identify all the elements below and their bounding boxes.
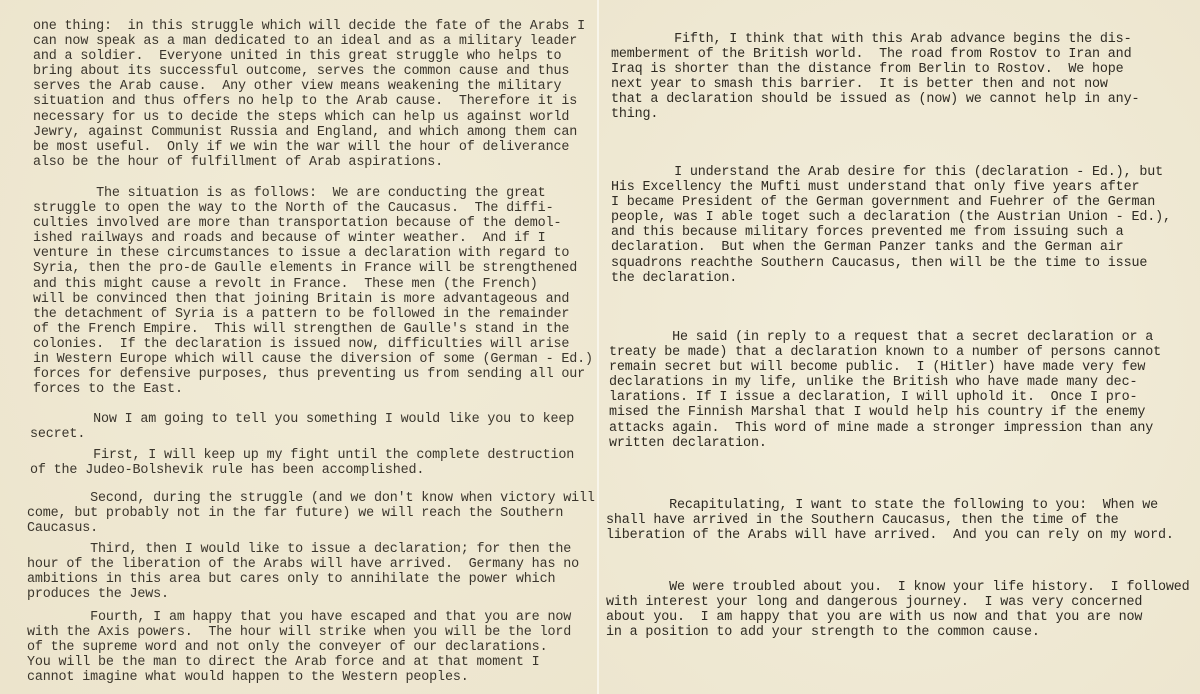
text-line: struggle to open the way to the North of… bbox=[33, 201, 593, 216]
text-line: cannot imagine what would happen to the … bbox=[27, 670, 571, 685]
text-line: also be the hour of fulfillment of Arab … bbox=[33, 155, 585, 170]
text-line: Iraq is shorter than the distance from B… bbox=[611, 62, 1139, 77]
paragraph-secret-declaration: He said (in reply to a request that a se… bbox=[609, 330, 1161, 451]
text-line: culties involved are more than transport… bbox=[33, 216, 593, 231]
text-line: liberation of the Arabs will have arrive… bbox=[606, 528, 1174, 543]
text-line: colonies. If the declaration is issued n… bbox=[33, 337, 593, 352]
right-page: Fifth, I think that with this Arab advan… bbox=[599, 0, 1200, 694]
text-line: with interest your long and dangerous jo… bbox=[606, 595, 1190, 610]
text-line: in Western Europe which will cause the d… bbox=[33, 352, 593, 367]
paragraph-third: Third, then I would like to issue a decl… bbox=[27, 542, 579, 602]
text-line: Second, during the struggle (and we don'… bbox=[27, 491, 595, 506]
paragraph-second: Second, during the struggle (and we don'… bbox=[27, 491, 595, 536]
text-line: He said (in reply to a request that a se… bbox=[609, 330, 1161, 345]
text-line: and this because military forces prevent… bbox=[611, 225, 1171, 240]
text-line: Fourth, I am happy that you have escaped… bbox=[27, 610, 571, 625]
text-line: about you. I am happy that you are with … bbox=[606, 610, 1190, 625]
text-line: come, but probably not in the far future… bbox=[27, 506, 595, 521]
text-line: We were troubled about you. I know your … bbox=[606, 580, 1190, 595]
text-line: will be convinced then that joining Brit… bbox=[33, 292, 593, 307]
text-line: necessary for us to decide the steps whi… bbox=[33, 110, 585, 125]
text-line: Syria, then the pro-de Gaulle elements i… bbox=[33, 261, 593, 276]
text-line: His Excellency the Mufti must understand… bbox=[611, 180, 1171, 195]
paragraph-secret: Now I am going to tell you something I w… bbox=[30, 412, 574, 442]
text-line: forces for defensive purposes, thus prev… bbox=[33, 367, 593, 382]
text-line: people, was I able toget such a declarat… bbox=[611, 210, 1171, 225]
text-line: be most useful. Only if we win the war w… bbox=[33, 140, 585, 155]
left-page: one thing: in this struggle which will d… bbox=[0, 0, 597, 694]
text-line: secret. bbox=[30, 427, 574, 442]
text-line: declarations in my life, unlike the Brit… bbox=[609, 375, 1161, 390]
paragraph-arab-struggle: one thing: in this struggle which will d… bbox=[33, 19, 585, 170]
text-line: ished railways and roads and because of … bbox=[33, 231, 593, 246]
text-line: Third, then I would like to issue a decl… bbox=[27, 542, 579, 557]
text-line: Caucasus. bbox=[27, 521, 595, 536]
text-line: larations. If I issue a declaration, I w… bbox=[609, 390, 1161, 405]
text-line: in a position to add your strength to th… bbox=[606, 625, 1190, 640]
paragraph-fourth: Fourth, I am happy that you have escaped… bbox=[27, 610, 571, 685]
text-line: treaty be made) that a declaration known… bbox=[609, 345, 1161, 360]
text-line: attacks again. This word of mine made a … bbox=[609, 421, 1161, 436]
text-line: mised the Finnish Marshal that I would h… bbox=[609, 405, 1161, 420]
text-line: and a soldier. Everyone united in this g… bbox=[33, 49, 585, 64]
paragraph-situation: The situation is as follows: We are cond… bbox=[33, 186, 593, 397]
paragraph-troubled: We were troubled about you. I know your … bbox=[606, 580, 1190, 640]
text-line: produces the Jews. bbox=[27, 587, 579, 602]
text-line: Now I am going to tell you something I w… bbox=[30, 412, 574, 427]
text-line: forces to the East. bbox=[33, 382, 593, 397]
text-line: The situation is as follows: We are cond… bbox=[33, 186, 593, 201]
text-line: of the supreme word and not only the con… bbox=[27, 640, 571, 655]
text-line: hour of the liberation of the Arabs will… bbox=[27, 557, 579, 572]
text-line: of the French Empire. This will strength… bbox=[33, 322, 593, 337]
paragraph-fifth: Fifth, I think that with this Arab advan… bbox=[611, 32, 1139, 123]
text-line: and this might cause a revolt in France.… bbox=[33, 277, 593, 292]
text-line: one thing: in this struggle which will d… bbox=[33, 19, 585, 34]
text-line: of the Judeo-Bolshevik rule has been acc… bbox=[30, 463, 574, 478]
text-line: the detachment of Syria is a pattern to … bbox=[33, 307, 593, 322]
text-line: that a declaration should be issued as (… bbox=[611, 92, 1139, 107]
text-line: situation and thus offers no help to the… bbox=[33, 94, 585, 109]
text-line: next year to smash this barrier. It is b… bbox=[611, 77, 1139, 92]
text-line: I understand the Arab desire for this (d… bbox=[611, 165, 1171, 180]
text-line: I became President of the German governm… bbox=[611, 195, 1171, 210]
text-line: First, I will keep up my fight until the… bbox=[30, 448, 574, 463]
text-line: Jewry, against Communist Russia and Engl… bbox=[33, 125, 585, 140]
paragraph-understand-desire: I understand the Arab desire for this (d… bbox=[611, 165, 1171, 286]
paragraph-recapitulating: Recapitulating, I want to state the foll… bbox=[606, 498, 1174, 543]
text-line: shall have arrived in the Southern Cauca… bbox=[606, 513, 1174, 528]
paragraph-first: First, I will keep up my fight until the… bbox=[30, 448, 574, 478]
text-line: memberment of the British world. The roa… bbox=[611, 47, 1139, 62]
text-line: can now speak as a man dedicated to an i… bbox=[33, 34, 585, 49]
text-line: You will be the man to direct the Arab f… bbox=[27, 655, 571, 670]
text-line: the declaration. bbox=[611, 271, 1171, 286]
text-line: bring about its successful outcome, serv… bbox=[33, 64, 585, 79]
text-line: Fifth, I think that with this Arab advan… bbox=[611, 32, 1139, 47]
text-line: thing. bbox=[611, 107, 1139, 122]
text-line: ambitions in this area but cares only to… bbox=[27, 572, 579, 587]
text-line: squadrons reachthe Southern Caucasus, th… bbox=[611, 256, 1171, 271]
text-line: remain secret but will become public. I … bbox=[609, 360, 1161, 375]
text-line: written declaration. bbox=[609, 436, 1161, 451]
text-line: serves the Arab cause. Any other view me… bbox=[33, 79, 585, 94]
text-line: declaration. But when the German Panzer … bbox=[611, 240, 1171, 255]
text-line: Recapitulating, I want to state the foll… bbox=[606, 498, 1174, 513]
text-line: with the Axis powers. The hour will stri… bbox=[27, 625, 571, 640]
text-line: venture in these circumstances to issue … bbox=[33, 246, 593, 261]
